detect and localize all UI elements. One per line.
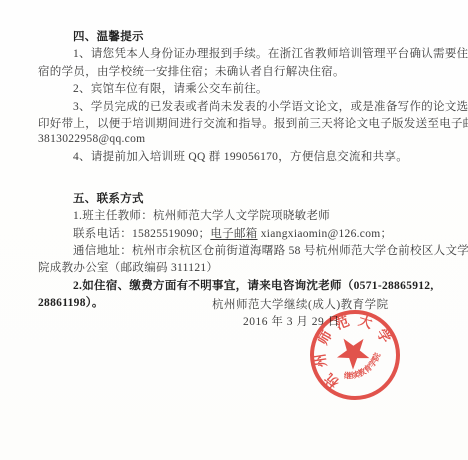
text-segment: 印好带上，以便于培训期间进行交流和指导。报到前三天将论文电子版发送至电子邮箱	[38, 118, 468, 130]
text-segment: 3813022958@qq.com	[38, 133, 145, 145]
text-segment: 通信地址：杭州市余杭区仓前街道海曙路 58 号杭州师范大学仓前校区人文学	[73, 245, 468, 257]
text-segment: 4、请提前加入培训班 QQ 群 199056170，方便信息交流和共享。	[73, 151, 408, 163]
document-page: { "page": { "background": "#fefefe" }, "…	[0, 0, 468, 460]
submission-email: 3813022958@qq.com	[38, 133, 448, 145]
text-segment: 1.班主任教师：杭州师范大学人文学院项晓敏老师	[73, 210, 330, 222]
text-line: 印好带上，以便于培训期间进行交流和指导。报到前三天将论文电子版发送至电子邮箱	[38, 116, 448, 133]
text-segment: xiangxiaomin@126.com；	[258, 228, 393, 240]
teacher-line: 1.班主任教师：杭州师范大学人文学院项晓敏老师	[38, 208, 448, 225]
contact-phone-email: 联系电话：15825519090；电子邮箱 xiangxiaomin@126.c…	[38, 226, 448, 243]
text-segment: 宿的学员，由学校统一安排住宿；未确认者自行解决住宿。	[38, 66, 345, 78]
underlined-label: 电子邮箱	[210, 228, 257, 240]
text-segment: 2、宾馆车位有限，请乘公交车前往。	[73, 83, 268, 95]
text-segment: 28861198）。	[38, 297, 104, 309]
text-segment: 联系电话：15825519090；	[73, 228, 210, 240]
text-line: 1、请您凭本人身份证办理报到手续。在浙江省教师培训管理平台确认需要住	[38, 46, 448, 63]
text-segment: 1、请您凭本人身份证办理报到手续。在浙江省教师培训管理平台确认需要住	[73, 48, 468, 60]
section-heading-tips: 四、温馨提示	[38, 29, 448, 46]
address-line-2: 院成教办公室（邮政编码 311121）	[38, 260, 448, 277]
signature-date: 2016 年 3 月 29 日	[212, 314, 389, 331]
section-heading-contact: 五、联系方式	[38, 191, 448, 208]
seal-bottom-text: 继续教育学院	[339, 347, 387, 388]
text-segment: 2.如住宿、缴费方面有不明事宜，请来电咨询沈老师（0571-28865912,	[73, 280, 434, 292]
paper-background: 四、温馨提示1、请您凭本人身份证办理报到手续。在浙江省教师培训管理平台确认需要住…	[0, 0, 468, 460]
text-line: 2、宾馆车位有限，请乘公交车前往。	[38, 81, 448, 98]
text-segment: 院成教办公室（邮政编码 311121）	[38, 262, 218, 274]
signature-organization: 杭州师范大学继续(成人)教育学院	[212, 297, 389, 314]
text-segment: 五、联系方式	[73, 193, 144, 205]
seal-star-icon	[330, 329, 374, 373]
signature-block: 杭州师范大学继续(成人)教育学院 2016 年 3 月 29 日	[212, 297, 389, 331]
qq-group-line: 4、请提前加入培训班 QQ 群 199056170，方便信息交流和共享。	[38, 149, 448, 166]
text-segment: 四、温馨提示	[73, 31, 144, 43]
text-line: 3、学员完成的已发表或者尚未发表的小学语文论文，或是准备写作的论文选题提纲，打	[38, 99, 448, 116]
text-segment: 3、学员完成的已发表或者尚未发表的小学语文论文，或是准备写作的论文选题提纲，打	[73, 101, 468, 113]
text-line: 宿的学员，由学校统一安排住宿；未确认者自行解决住宿。	[38, 64, 448, 81]
address-line-1: 通信地址：杭州市余杭区仓前街道海曙路 58 号杭州师范大学仓前校区人文学	[38, 243, 448, 260]
accommodation-contact-line-1: 2.如住宿、缴费方面有不明事宜，请来电咨询沈老师（0571-28865912,	[38, 278, 448, 295]
document-body: 四、温馨提示1、请您凭本人身份证办理报到手续。在浙江省教师培训管理平台确认需要住…	[38, 29, 448, 313]
